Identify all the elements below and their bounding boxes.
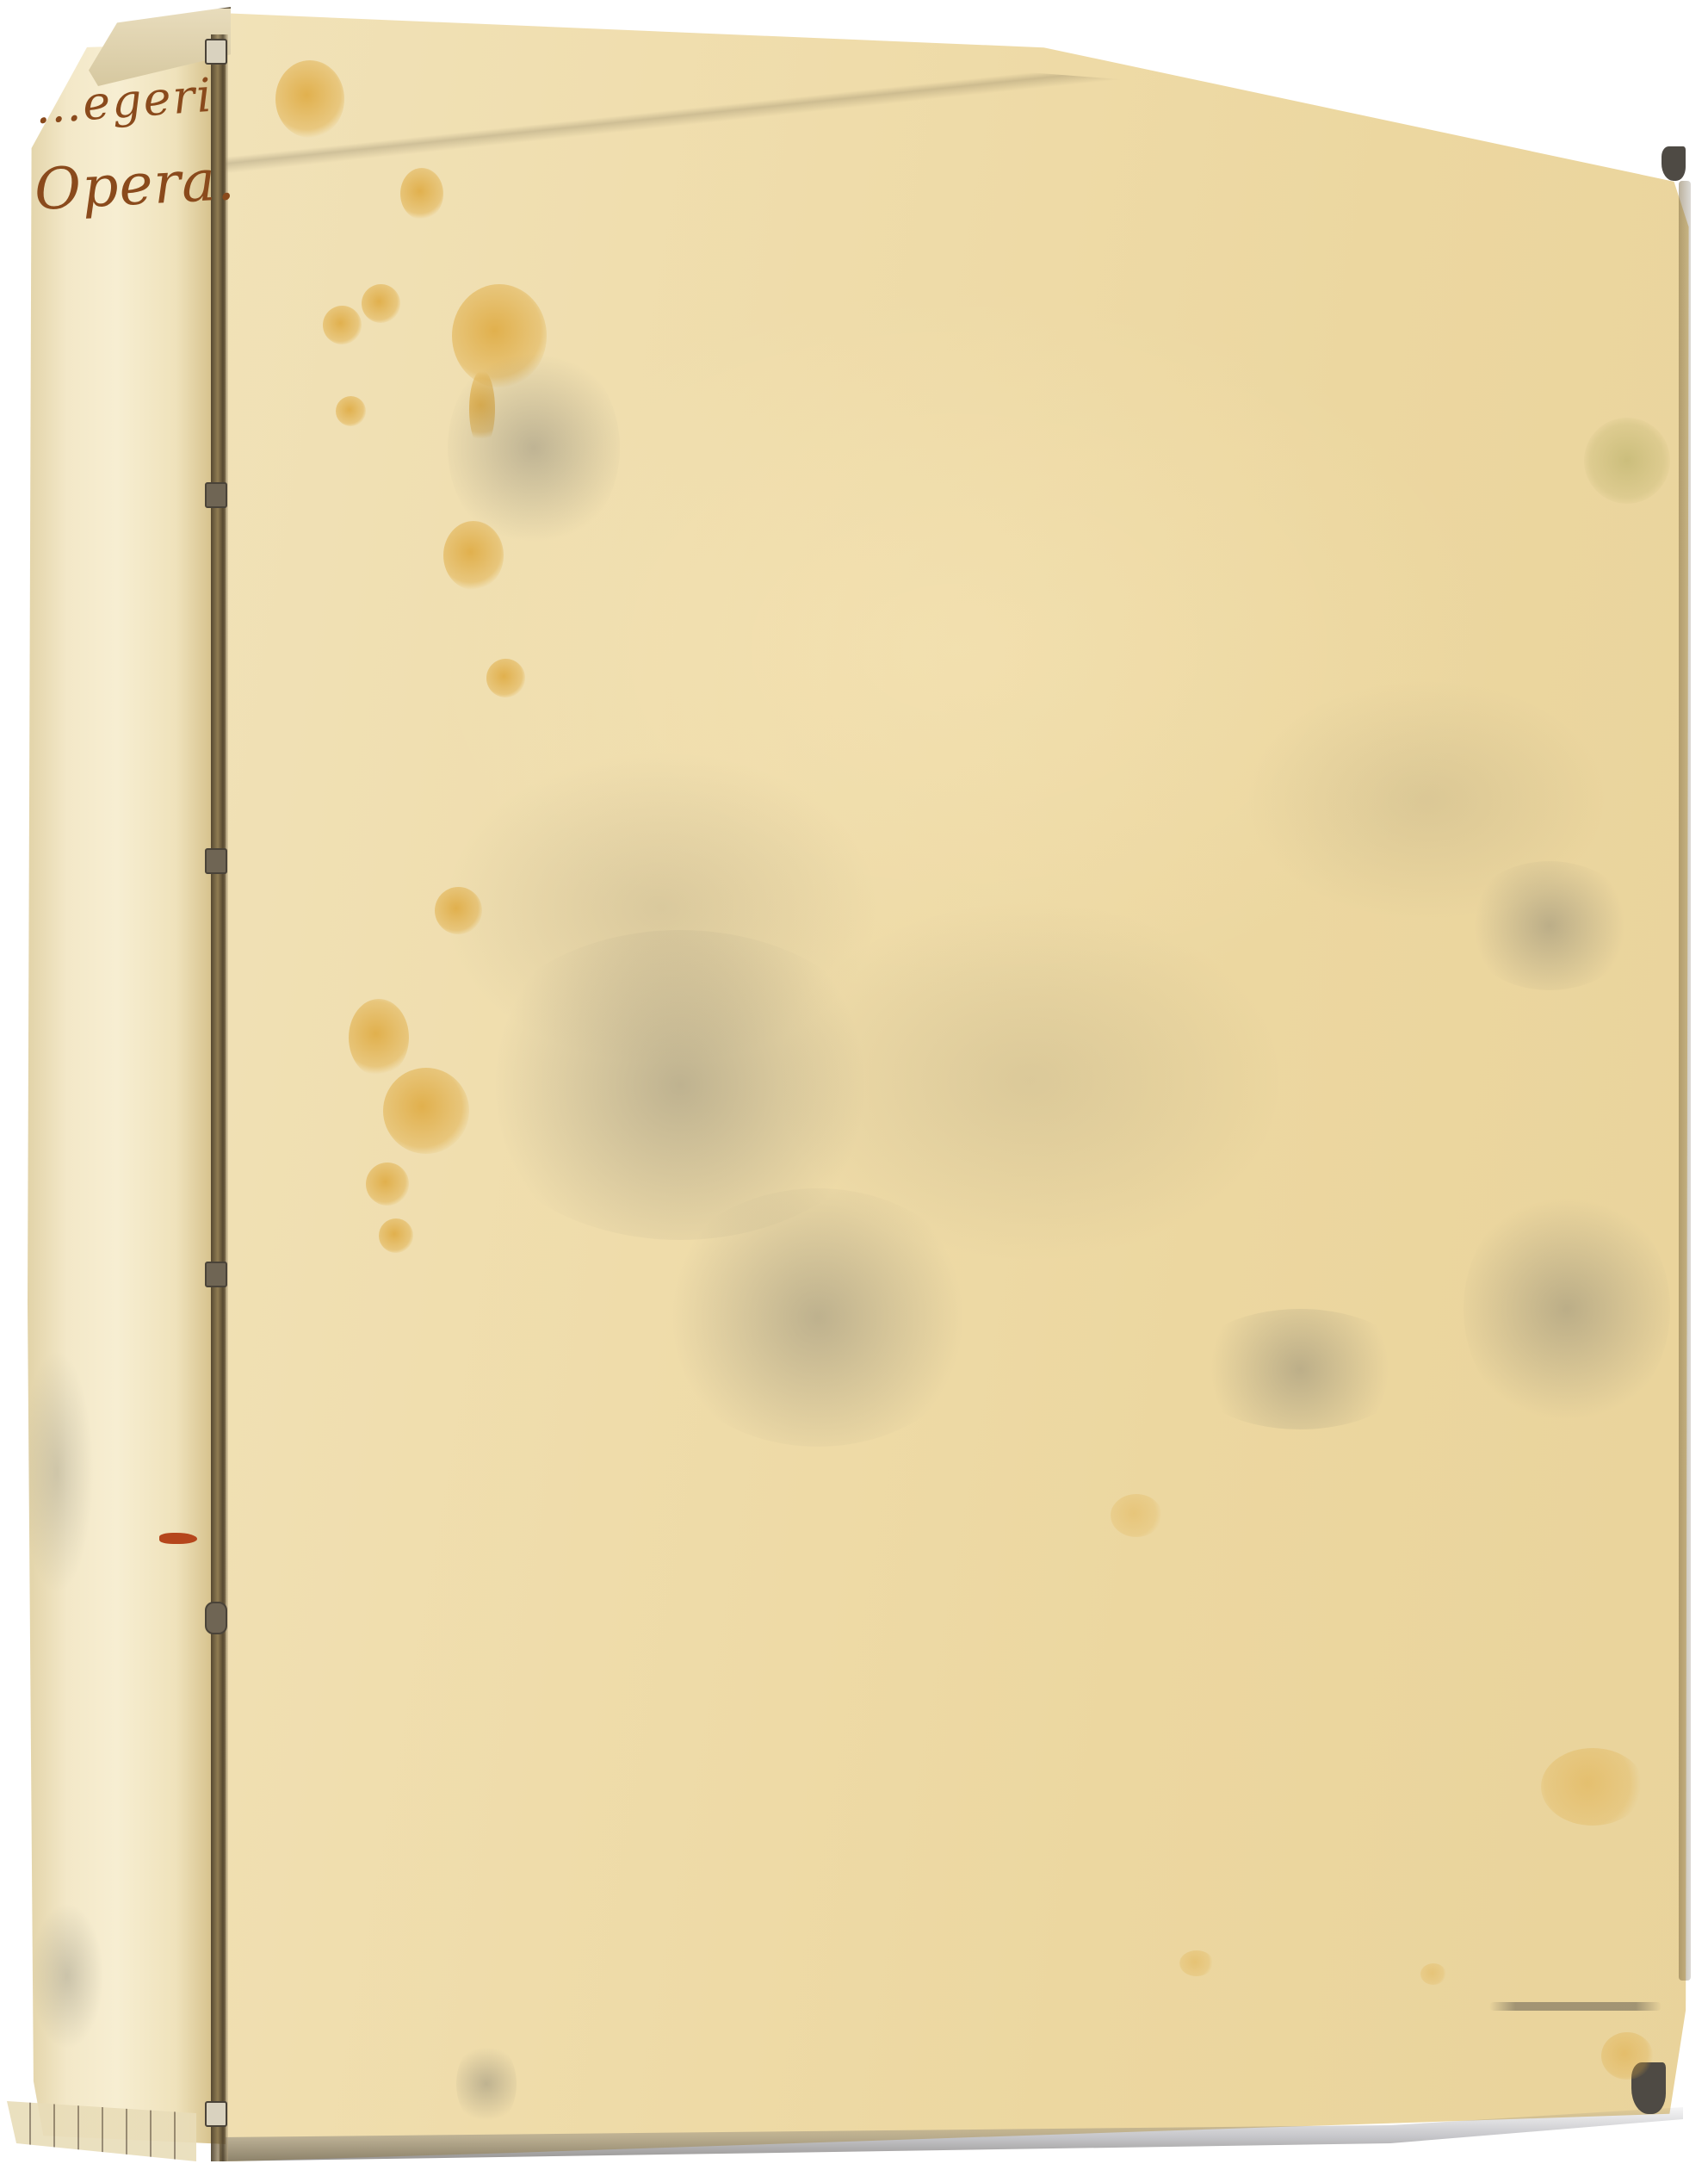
tack-icon: [205, 848, 227, 874]
spine-title-line1: …egeri: [33, 71, 236, 131]
stain: [349, 999, 409, 1076]
stain: [1420, 1963, 1446, 1985]
tack-icon: [205, 39, 227, 65]
tack-icon: [205, 482, 227, 508]
stain: [275, 60, 344, 138]
stain: [1111, 1494, 1162, 1537]
stain: [435, 887, 482, 934]
smudge: [1464, 1188, 1670, 1429]
tack-icon: [205, 1262, 227, 1287]
stain: [1541, 1748, 1644, 1826]
stain: [486, 659, 525, 697]
stain: [323, 306, 362, 344]
smudge: [448, 344, 620, 551]
stain: [366, 1162, 409, 1206]
stain: [383, 1068, 469, 1154]
spine-handwritten-title: …egeri Opera.: [34, 77, 235, 214]
smudge: [456, 2041, 517, 2127]
smudge: [1188, 1309, 1412, 1429]
stain: [379, 1218, 413, 1253]
smudge: [1464, 861, 1636, 990]
stain: [1179, 1950, 1214, 1976]
spine-title-line2: Opera.: [33, 152, 236, 219]
stain-greenish: [1584, 418, 1670, 504]
scratch-line: [1489, 2002, 1662, 2011]
cover-fore-edge: [1679, 181, 1691, 1981]
stain: [400, 168, 443, 220]
spine: [28, 43, 226, 2144]
stain: [336, 396, 366, 426]
tack-icon: [205, 2101, 227, 2127]
tack-icon: [205, 1602, 227, 1634]
book-photo: …egeri Opera.: [0, 0, 1708, 2170]
stain: [1601, 2032, 1653, 2080]
spine-joint: [211, 34, 228, 2161]
smudge: [654, 1188, 981, 1447]
stain: [362, 284, 400, 323]
corner-wear-top-right: [1662, 146, 1686, 181]
red-ink-mark: [159, 1533, 197, 1544]
